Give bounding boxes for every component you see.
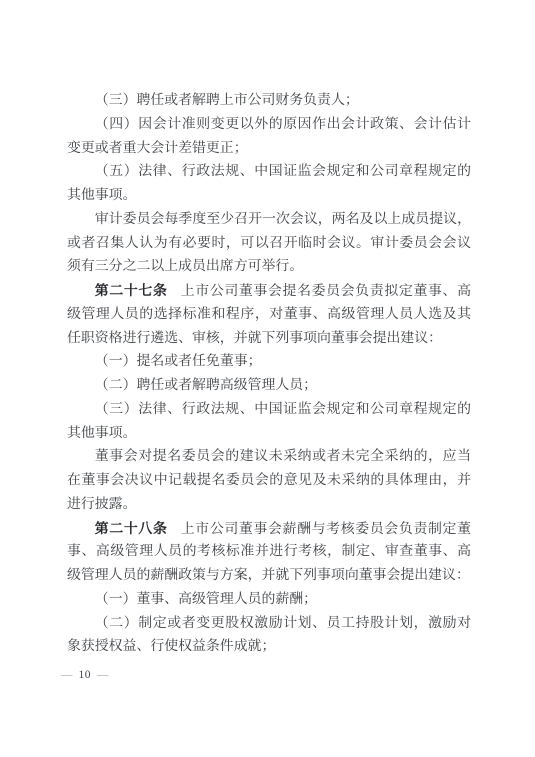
text-line: 其他事项。 [67, 184, 471, 208]
text-line: 或者召集人认为有必要时，可以召开临时会议。审计委员会会议 [67, 232, 471, 256]
text-line: 象获授权益、行使权益条件成就； [67, 635, 471, 659]
text-line: （五）法律、行政法规、中国证监会规定和公司章程规定的 [67, 160, 471, 184]
text-line: 进行披露。 [67, 493, 471, 517]
footer-left-dash: — [61, 669, 73, 681]
page-footer: —10— [61, 668, 109, 682]
text-line: 变更或者重大会计差错更正； [67, 137, 471, 161]
text-line: 事、高级管理人员的考核标准并进行考核，制定、审查董事、高 [67, 540, 471, 564]
footer-right-dash: — [97, 669, 109, 681]
text-line: 级管理人员的薪酬政策与方案，并就下列事项向董事会提出建议： [67, 564, 471, 588]
text-line: 在董事会决议中记载提名委员会的意见及未采纳的具体理由，并 [67, 469, 471, 493]
text-line: 级管理人员的选择标准和程序，对董事、高级管理人员人选及其 [67, 303, 471, 327]
text-line: （二）聘任或者解聘高级管理人员； [67, 374, 471, 398]
text-line: 任职资格进行遴选、审核，并就下列事项向董事会提出建议： [67, 327, 471, 351]
document-body: （三）聘任或者解聘上市公司财务负责人；（四）因会计准则变更以外的原因作出会计政策… [67, 89, 471, 659]
text-line: （一）董事、高级管理人员的薪酬； [67, 588, 471, 612]
text-line: （四）因会计准则变更以外的原因作出会计政策、会计估计 [67, 113, 471, 137]
text-line: 其他事项。 [67, 422, 471, 446]
text-line: （一）提名或者任免董事； [67, 350, 471, 374]
text-line: （二）制定或者变更股权激励计划、员工持股计划，激励对 [67, 612, 471, 636]
text-line: （三）法律、行政法规、中国证监会规定和公司章程规定的 [67, 398, 471, 422]
article-number: 第二十八条 [95, 520, 168, 536]
text-line: 董事会对提名委员会的建议未采纳或者未完全采纳的，应当 [67, 445, 471, 469]
article-heading-line: 第二十八条上市公司董事会薪酬与考核委员会负责制定董 [67, 517, 471, 541]
article-number: 第二十七条 [95, 282, 168, 298]
page-number: 10 [79, 669, 92, 681]
article-heading-line: 第二十七条上市公司董事会提名委员会负责拟定董事、高 [67, 279, 471, 303]
text-line: （三）聘任或者解聘上市公司财务负责人； [67, 89, 471, 113]
document-page: （三）聘任或者解聘上市公司财务负责人；（四）因会计准则变更以外的原因作出会计政策… [0, 0, 535, 757]
text-line: 审计委员会每季度至少召开一次会议，两名及以上成员提议， [67, 208, 471, 232]
text-line: 须有三分之二以上成员出席方可举行。 [67, 255, 471, 279]
